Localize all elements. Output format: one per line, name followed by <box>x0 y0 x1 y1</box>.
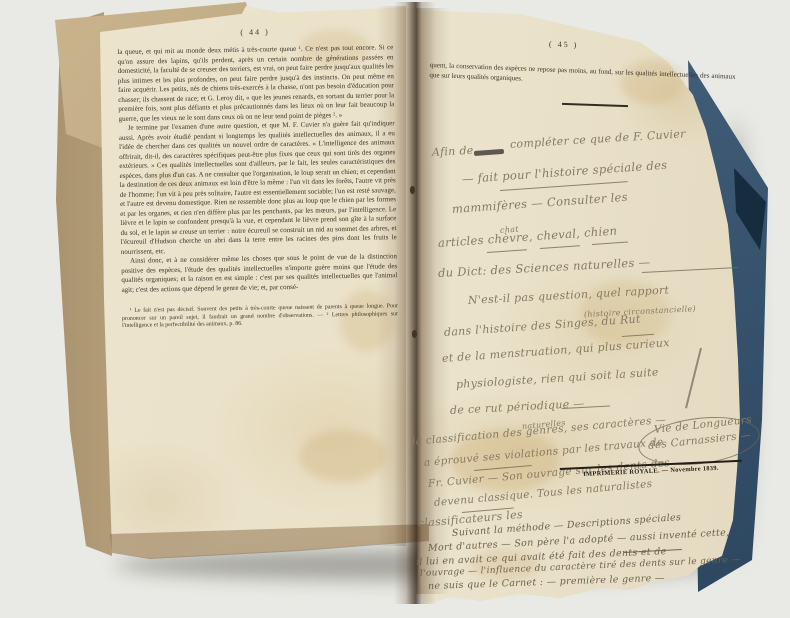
book-photo: ( 44 ) la queue, et qui mit au monde deu… <box>0 0 790 618</box>
stitch-mark <box>412 330 417 338</box>
footnote: ¹ Le fait n'est pas décisif. Souvent des… <box>122 303 398 330</box>
book-gutter <box>394 2 436 604</box>
paragraph: Je termine par l'examen d'une autre ques… <box>119 119 397 257</box>
stain <box>300 430 386 482</box>
handwritten-line: Afin de <box>432 144 474 159</box>
stitch-mark <box>410 186 415 194</box>
paragraph: la queue, et qui mit au monde deux métis… <box>117 43 394 124</box>
left-page-content: ( 44 ) la queue, et qui mit au monde deu… <box>117 25 398 330</box>
paragraph: Ainsi donc, et à ne considérer même les … <box>121 252 398 295</box>
printed-body-left: la queue, et qui mit au monde deux métis… <box>117 43 397 295</box>
page-number-right: ( 45 ) <box>549 39 579 49</box>
